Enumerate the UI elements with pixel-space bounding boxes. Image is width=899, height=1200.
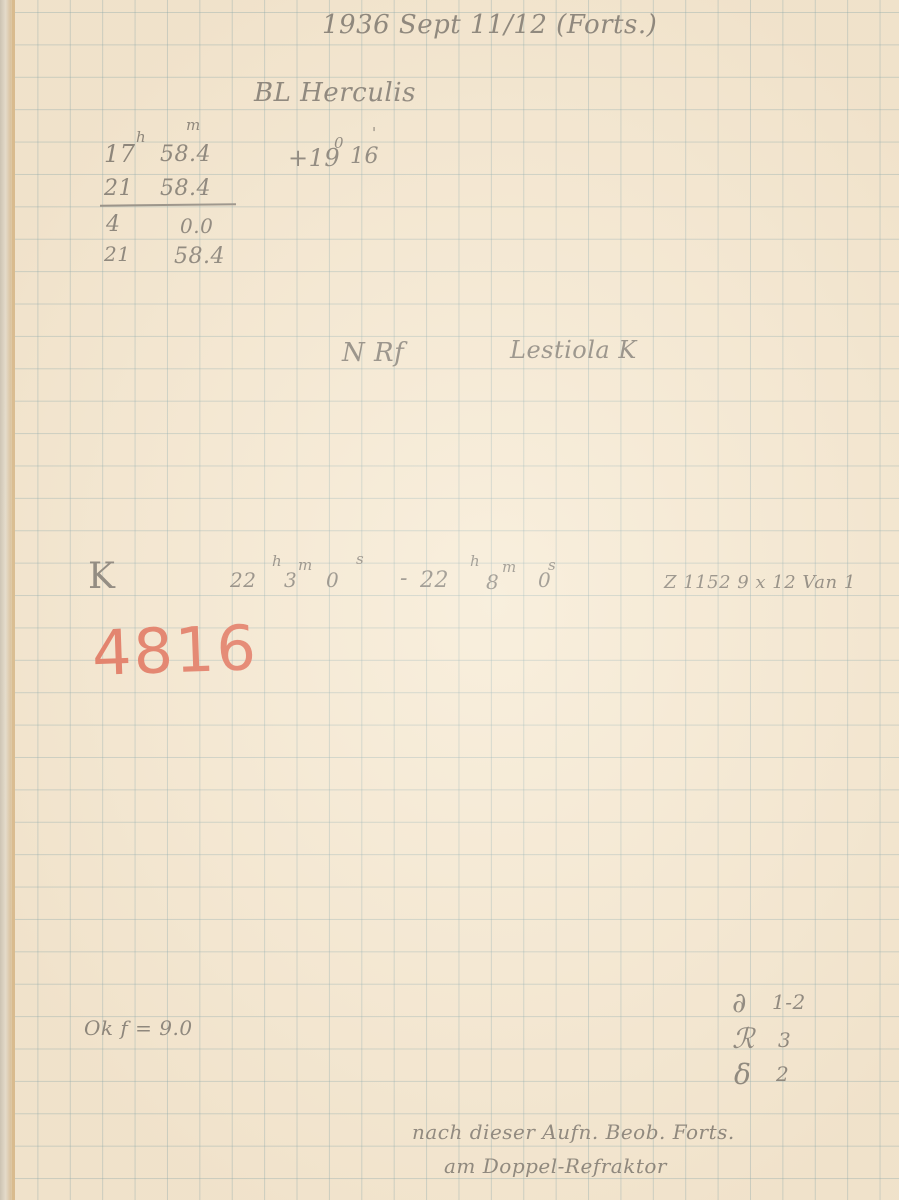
start-seconds-unit: s — [356, 550, 364, 568]
object-name: BL Herculis — [254, 78, 416, 108]
ocular-note: Ok f = 9.0 — [84, 1016, 193, 1040]
instrument-note-left: N Rf — [342, 338, 404, 368]
condition-symbol: ∂ — [732, 986, 746, 1019]
instrument-note-right: Lestiola K — [510, 336, 637, 364]
notebook-page: 1936 Sept 11/12 (Forts.) BL Herculis 17 … — [0, 0, 899, 1200]
dec-minutes: 16 — [350, 144, 379, 169]
start-minutes: 3 — [284, 568, 297, 592]
calc-row-2-m: 0.0 — [180, 214, 213, 238]
end-prefix: - — [400, 566, 408, 591]
ra-hours: 17 — [104, 140, 136, 168]
footer-note-line-2: am Doppel-Refraktor — [444, 1154, 667, 1178]
calc-row-1-m: 58.4 — [160, 176, 211, 201]
start-minutes-unit: m — [298, 556, 312, 574]
start-hours-unit: h — [272, 552, 282, 570]
condition-symbol: δ — [734, 1058, 751, 1091]
plate-info: Z 1152 9 x 12 Van 1 — [664, 572, 856, 593]
end-seconds-unit: s — [548, 556, 556, 574]
page-edge — [12, 0, 15, 1200]
calc-row-3-m: 58.4 — [174, 244, 225, 269]
condition-symbol: ℛ — [732, 1022, 754, 1055]
calc-underline — [100, 203, 236, 206]
end-minutes: 8 — [486, 570, 499, 594]
page-date: 1936 Sept 11/12 (Forts.) — [322, 10, 657, 40]
calc-row-1-h: 21 — [104, 176, 133, 201]
end-hours-unit: h — [470, 552, 480, 570]
footer-note-line-1: nach dieser Aufn. Beob. Forts. — [412, 1120, 735, 1144]
condition-value: 3 — [778, 1028, 791, 1052]
end-minutes-unit: m — [502, 558, 516, 576]
calc-row-2-h: 4 — [106, 212, 121, 237]
condition-value: 2 — [776, 1062, 789, 1086]
ra-minutes: 58.4 — [160, 142, 211, 167]
plate-number: 4816 — [91, 611, 259, 690]
start-seconds: 0 — [326, 568, 339, 592]
start-hours: 22 — [230, 568, 256, 592]
ra-hours-unit: h — [136, 128, 146, 146]
exposure-label: K — [88, 556, 115, 597]
condition-value: 1-2 — [772, 990, 806, 1014]
dec-minutes-unit: ' — [372, 124, 376, 142]
end-hours: 22 — [420, 568, 449, 593]
dec-degrees-unit: 0 — [334, 134, 344, 152]
ra-minutes-unit: m — [186, 116, 200, 134]
dec-degrees: +19 — [288, 144, 340, 172]
calc-row-3-h: 21 — [104, 242, 130, 266]
